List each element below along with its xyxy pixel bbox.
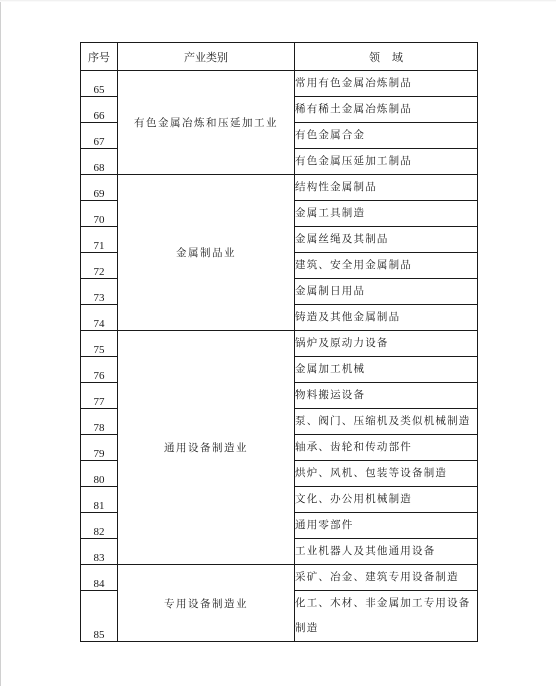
category-cell: 金属制品业 xyxy=(118,175,295,331)
header-field-part2: 域 xyxy=(392,51,403,64)
row-number: 81 xyxy=(81,487,118,513)
header-number: 序号 xyxy=(81,43,118,71)
field-cell: 有色金属压延加工制品 xyxy=(295,149,478,175)
field-cell: 铸造及其他金属制品 xyxy=(295,305,478,331)
category-cell: 有色金属冶炼和压延加工业 xyxy=(118,71,295,175)
field-cell: 通用零部件 xyxy=(295,513,478,539)
page-edge-top xyxy=(0,0,556,2)
row-number: 75 xyxy=(81,331,118,357)
header-category: 产业类别 xyxy=(118,43,295,71)
row-number: 82 xyxy=(81,513,118,539)
field-cell: 常用有色金属冶炼制品 xyxy=(295,71,478,97)
category-cell: 通用设备制造业 xyxy=(118,331,295,565)
field-cell: 金属丝绳及其制品 xyxy=(295,227,478,253)
row-number: 83 xyxy=(81,539,118,565)
field-cell: 金属制日用品 xyxy=(295,279,478,305)
field-cell: 有色金属合金 xyxy=(295,123,478,149)
row-number: 77 xyxy=(81,383,118,409)
field-cell: 结构性金属制品 xyxy=(295,175,478,201)
field-cell: 稀有稀土金属冶炼制品 xyxy=(295,97,478,123)
table-row: 84 专用设备制造业 采矿、冶金、建筑专用设备制造 xyxy=(81,565,478,591)
table-header-row: 序号 产业类别 领域 xyxy=(81,43,478,71)
field-cell: 轴承、齿轮和传动部件 xyxy=(295,435,478,461)
field-cell: 金属工具制造 xyxy=(295,201,478,227)
row-number: 67 xyxy=(81,123,118,149)
field-cell: 采矿、冶金、建筑专用设备制造 xyxy=(295,565,478,591)
header-field-part1: 领 xyxy=(369,51,380,64)
field-cell: 金属加工机械 xyxy=(295,357,478,383)
row-number: 69 xyxy=(81,175,118,201)
field-cell: 工业机器人及其他通用设备 xyxy=(295,539,478,565)
field-cell: 化工、木材、非金属加工专用设备制造 xyxy=(295,591,478,642)
page-edge xyxy=(0,0,1,686)
table-row: 65 有色金属冶炼和压延加工业 常用有色金属冶炼制品 xyxy=(81,71,478,97)
industry-field-table: 序号 产业类别 领域 65 有色金属冶炼和压延加工业 常用有色金属冶炼制品 66… xyxy=(80,42,478,642)
row-number: 65 xyxy=(81,71,118,97)
row-number: 70 xyxy=(81,201,118,227)
row-number: 72 xyxy=(81,253,118,279)
field-cell: 文化、办公用机械制造 xyxy=(295,487,478,513)
row-number: 73 xyxy=(81,279,118,305)
table-row: 75 通用设备制造业 锅炉及原动力设备 xyxy=(81,331,478,357)
row-number: 78 xyxy=(81,409,118,435)
row-number: 76 xyxy=(81,357,118,383)
field-cell: 物料搬运设备 xyxy=(295,383,478,409)
field-cell: 建筑、安全用金属制品 xyxy=(295,253,478,279)
row-number: 68 xyxy=(81,149,118,175)
row-number: 66 xyxy=(81,97,118,123)
field-cell: 烘炉、风机、包装等设备制造 xyxy=(295,461,478,487)
row-number: 74 xyxy=(81,305,118,331)
header-field: 领域 xyxy=(295,43,478,71)
field-cell: 锅炉及原动力设备 xyxy=(295,331,478,357)
field-cell: 泵、阀门、压缩机及类似机械制造 xyxy=(295,409,478,435)
row-number: 79 xyxy=(81,435,118,461)
table-row: 69 金属制品业 结构性金属制品 xyxy=(81,175,478,201)
row-number: 85 xyxy=(81,591,118,642)
category-cell: 专用设备制造业 xyxy=(118,565,295,642)
row-number: 71 xyxy=(81,227,118,253)
row-number: 80 xyxy=(81,461,118,487)
row-number: 84 xyxy=(81,565,118,591)
